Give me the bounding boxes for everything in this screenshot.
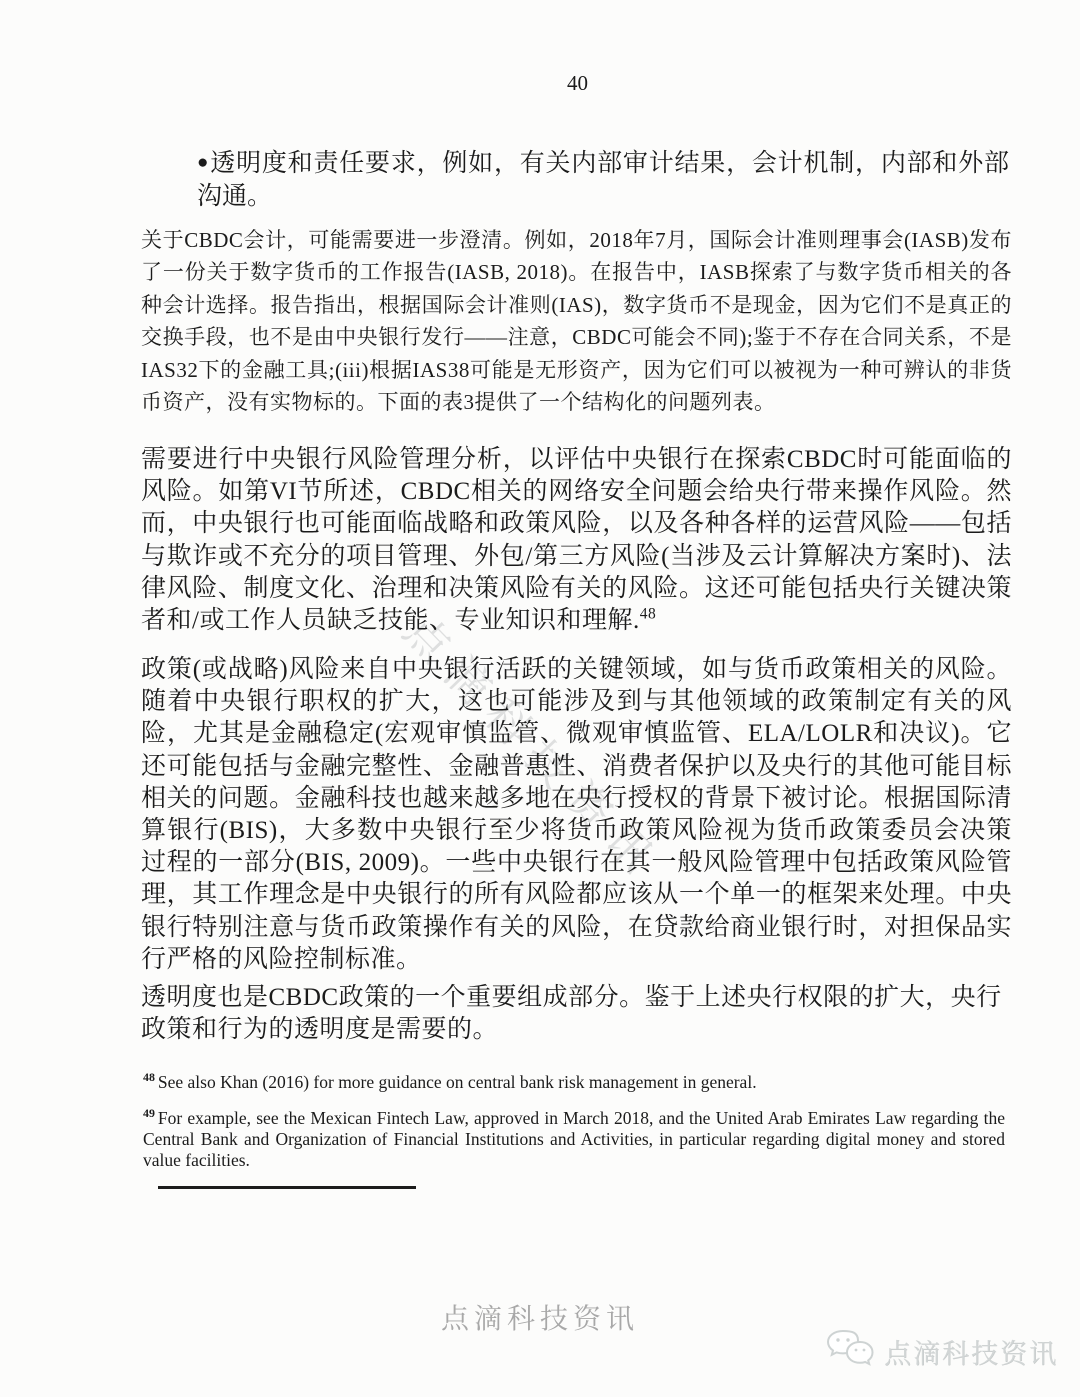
footnote-49-text: For example, see the Mexican Fintech Law… xyxy=(143,1108,1005,1170)
footnote-separator-line xyxy=(158,1186,416,1189)
footnote-48-text: See also Khan (2016) for more guidance o… xyxy=(158,1072,757,1092)
document-page: 点滴科技资讯 40 ●透明度和责任要求，例如，有关内部审计结果，会计机制，内部和… xyxy=(0,0,1080,1397)
footnote-reference-48: 48 xyxy=(640,606,657,623)
paragraph-text: 关于CBDC会计，可能需要进一步澄清。例如，2018年7月，国际会计准则理事会(… xyxy=(141,228,1012,414)
bullet-paragraph: ●透明度和责任要求，例如，有关内部审计结果，会计机制，内部和外部沟通。 xyxy=(197,146,1009,213)
paragraph-policy-risk: 政策(或战略)风险来自中央银行活跃的关键领域，如与货币政策相关的风险。随着中央银… xyxy=(141,654,1012,976)
publisher-logo: 点滴科技资讯 xyxy=(826,1328,1058,1375)
paragraph-text: 需要进行中央银行风险管理分析，以评估中央银行在探索CBDC时可能面临的风险。如第… xyxy=(141,446,1012,634)
page-number: 40 xyxy=(143,70,1012,96)
paragraph-text: 政策(或战略)风险来自中央银行活跃的关键领域，如与货币政策相关的风险。随着中央银… xyxy=(141,656,1012,973)
footnote-48: 48See also Khan (2016) for more guidance… xyxy=(143,1072,1005,1093)
footnote-49: 49For example, see the Mexican Fintech L… xyxy=(143,1108,1005,1170)
wechat-bubbles-icon xyxy=(826,1328,878,1375)
publisher-logo-text: 点滴科技资讯 xyxy=(884,1332,1058,1371)
paragraph-transparency: 透明度也是CBDC政策的一个重要组成部分。鉴于上述央行权限的扩大，央行政策和行为… xyxy=(141,982,1012,1046)
paragraph-risk-management: 需要进行中央银行风险管理分析，以评估中央银行在探索CBDC时可能面临的风险。如第… xyxy=(141,444,1012,637)
bullet-paragraph-text: 透明度和责任要求，例如，有关内部审计结果，会计机制，内部和外部沟通。 xyxy=(197,150,1009,210)
paragraph-text: 透明度也是CBDC政策的一个重要组成部分。鉴于上述央行权限的扩大，央行政策和行为… xyxy=(141,984,1002,1043)
bullet-icon: ● xyxy=(197,152,210,173)
footnote-49-marker: 49 xyxy=(143,1106,158,1120)
footnote-48-marker: 48 xyxy=(143,1070,158,1084)
paragraph-cbdc-accounting: 关于CBDC会计，可能需要进一步澄清。例如，2018年7月，国际会计准则理事会(… xyxy=(141,224,1012,418)
